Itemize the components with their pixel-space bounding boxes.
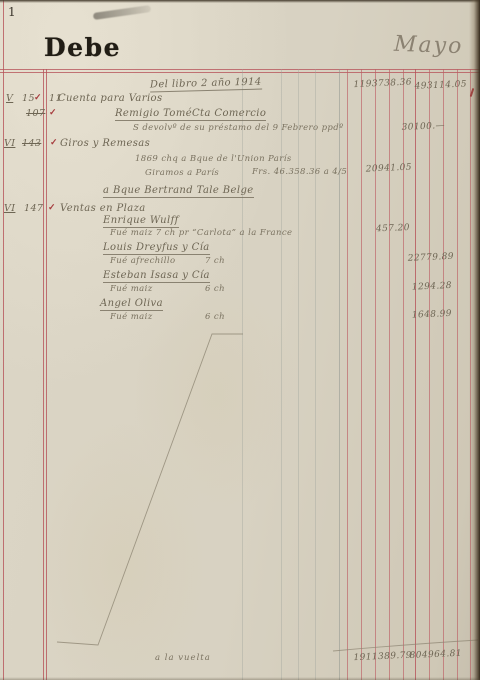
- folio-roman: VI: [4, 139, 15, 149]
- check-mark: ✓: [50, 139, 58, 148]
- page-edge-right: [469, 0, 480, 680]
- money-rule-5: [403, 69, 404, 680]
- page-title: Debe: [44, 33, 121, 62]
- entry-text: Giros y Remesas: [60, 139, 150, 149]
- entry-heading: Del libro 2 año 1914: [150, 78, 262, 93]
- folio-roman: V: [6, 94, 13, 104]
- faint-rule-4: [315, 69, 316, 680]
- amount-col-b: 22779.89: [398, 253, 454, 264]
- carry-forward-note: a la vuelta: [155, 654, 211, 663]
- folio-number: 143: [22, 139, 41, 149]
- entry-text: Fué maiz: [110, 285, 153, 294]
- folio-number: 107: [26, 109, 45, 119]
- ledger-page: 1 Debe Mayo Del libro 2 año 1914 1193738…: [0, 0, 480, 680]
- amount-col-b: 1648.99: [402, 310, 452, 321]
- entry-text: Fué maiz: [110, 313, 153, 322]
- faint-rule-3: [298, 69, 299, 680]
- money-rule-4: [389, 69, 390, 680]
- amount-col-b: 30100.—: [399, 122, 445, 133]
- margin-rule: [3, 0, 4, 680]
- pencil-smudge: [93, 5, 151, 20]
- page-number: 1: [8, 5, 16, 19]
- folio-rule-2: [46, 69, 47, 680]
- money-rule-9: [457, 69, 458, 680]
- amount-col-b: 1294.28: [402, 282, 452, 293]
- page-edge-top: [0, 0, 480, 3]
- check-mark: ✓: [34, 94, 42, 103]
- entry-text: Angel Oliva: [100, 299, 163, 311]
- entry-text: Cuenta para Varios: [58, 94, 163, 104]
- folio-number: 147: [24, 204, 43, 214]
- check-mark: ✓: [48, 204, 56, 213]
- folio-rule-1: [43, 69, 44, 680]
- folio-number: 15: [22, 94, 35, 104]
- entry-text: a Bque Bertrand Tale Belge: [103, 186, 254, 198]
- entry-note: S devolvº de su préstamo del 9 Febrero p…: [133, 124, 344, 133]
- entry-note: Frs. 46.358.36 a 4/5: [252, 168, 347, 177]
- header-rule-top: [0, 69, 480, 70]
- folio-roman: VI: [4, 204, 15, 214]
- entry-text: Esteban Isasa y Cía: [103, 271, 210, 283]
- entry-qty: 6 ch: [205, 313, 225, 322]
- entry-note: 1869 chq a Bque de l'Union París: [135, 155, 292, 164]
- amount-boundary-rule: [339, 69, 340, 680]
- entry-text: Giramos a París: [145, 169, 219, 178]
- month-label: Mayo: [394, 32, 464, 59]
- entry-qty: 6 ch: [205, 285, 225, 294]
- entry-text: Fué afrechillo: [110, 257, 176, 266]
- entry-text: Louis Dreyfus y Cía: [103, 243, 210, 255]
- total-col-b: 804964.81: [404, 650, 462, 662]
- entry-text: Remigio Tomé: [115, 109, 192, 121]
- money-rule-1: [347, 69, 348, 680]
- money-rule-8: [443, 69, 444, 680]
- entry-text: Enrique Wulff: [103, 216, 179, 228]
- entry-text-2: Cta Comercio: [192, 109, 266, 121]
- money-rule-6: [415, 69, 416, 680]
- entry-text: Ventas en Plaza: [60, 204, 146, 214]
- money-rule-2: [361, 69, 362, 680]
- entry-text: Fué maiz 7 ch pr “Carlota” a la France: [110, 229, 292, 238]
- money-rule-7: [429, 69, 430, 680]
- header-rule-bottom: [0, 72, 480, 73]
- entry-qty: 7 ch: [205, 257, 225, 266]
- money-rule-3: [375, 69, 376, 680]
- check-mark: ✓: [49, 109, 57, 118]
